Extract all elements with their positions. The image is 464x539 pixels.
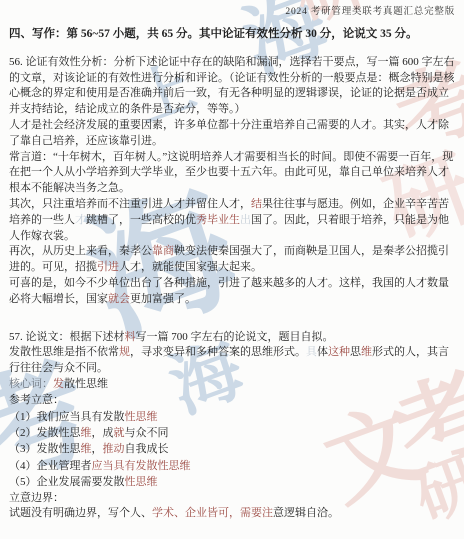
text-segment: 57. 论说文：根据下述材: [9, 331, 125, 343]
question-56-material: 人才是社会经济发展的重要因素，许多单位都十分注重培养自己需要的人才。其实，人才除…: [9, 118, 455, 308]
text-segment: 更加富强了。: [130, 293, 196, 305]
text-segment: 靠商: [152, 245, 174, 257]
text-segment: 料: [125, 331, 136, 343]
text-segment: 引进: [97, 261, 119, 273]
question-57-material: 发散性思维是指不依常规，寻求变异和多种答案的思维形式。具体这种思维形式的人，其言…: [9, 345, 455, 377]
text-segment: 具: [306, 346, 317, 358]
text-segment: 自我成长: [125, 443, 169, 455]
text-segment: （5）企业发展需要发散: [9, 476, 125, 488]
reference-points-heading: 参考立意：: [9, 393, 455, 409]
document-page: 海 上 海 海 考 研 考 研 考 文 研 2024 考研管理类联考真题汇总完整…: [0, 0, 464, 539]
material-paragraph-3: 其次，只注重培养而不注重引进人才并留住人才，结果往往事与愿违。例如，企业辛辛苦苦…: [9, 197, 455, 244]
reference-point-1: （1）我们应当具有发散性思维: [9, 409, 455, 425]
text-segment: 维: [81, 427, 92, 439]
text-segment: 试题没有明确边界，写个人、: [9, 507, 152, 519]
question-56-stem: 56. 论证有效性分析：分析下述论证中存在的缺陷和漏洞，选择若干要点，写一篇 6…: [9, 55, 455, 118]
text-segment: 规: [119, 346, 130, 358]
reference-point-5: （5）企业发展需要发散性思维: [9, 474, 455, 490]
text-segment: 意逻辑自洽。: [273, 507, 339, 519]
text-segment: 应当具有发散性思维: [92, 460, 191, 472]
text-segment: 发: [53, 378, 64, 390]
text-segment: 维: [81, 443, 92, 455]
text-segment: 人才是社会经济发展的重要因素，许多单位都十分注重培养自己需要的人才。其实，人才除…: [9, 119, 449, 147]
document-content: 2024 考研管理类联考真题汇总完整版 四、写作：第 56~57 小题，共 65…: [9, 6, 455, 522]
text-segment: ，寻求变异和多种答案的思维形式。: [130, 346, 306, 358]
text-segment: （1）我们应当具有发散: [9, 411, 125, 423]
text-segment: （4）企业管理者: [9, 460, 92, 472]
material-paragraph-5: 可喜的是，如今不少单位出台了各种措施，引进了越来越多的人才。这样，我国的人才数量…: [9, 276, 455, 308]
text-segment: 跳槽了，一些高校的优: [86, 214, 196, 226]
text-segment: 出: [240, 214, 251, 226]
text-segment: 就: [114, 427, 125, 439]
text-segment: 结: [251, 198, 262, 210]
text-segment: 维: [361, 346, 372, 358]
material-paragraph-4: 再次，从历史上来看，秦孝公靠商鞅变法使秦国强大了，而商鞅是卫国人，是秦孝公招揽引…: [9, 244, 455, 276]
material-paragraph-2: 常言道：“十年树木，百年树人。”这说明培养人才需要相当长的时间。即使不需要一百年…: [9, 150, 455, 197]
text-segment: 秀毕业生: [196, 214, 240, 226]
question-57-stem: 57. 论说文：根据下述材料写一篇 700 字左右的论说文，题目自拟。: [9, 330, 455, 346]
text-segment: 才: [75, 214, 86, 226]
core-word-line: 核心词：发散性思维: [9, 377, 455, 393]
material-paragraph-1: 人才是社会经济发展的重要因素，许多单位都十分注重培养自己需要的人才。其实，人才除…: [9, 118, 455, 150]
text-segment: 这种: [328, 346, 350, 358]
text-segment: 推动: [103, 443, 125, 455]
document-header: 2024 考研管理类联考真题汇总完整版: [9, 6, 455, 19]
text-segment: 性思维: [125, 411, 158, 423]
reference-point-2: （2）发散性思维，成就与众不同: [9, 425, 455, 441]
text-segment: 再次，从历史上来看，秦孝公: [9, 245, 152, 257]
text-segment: 思: [350, 346, 361, 358]
text-segment: 性思维: [125, 476, 158, 488]
text-segment: （2）发散性思: [9, 427, 81, 439]
text-segment: 常言道：“十年树木，百年树人。”这说明培养人才需要相当长的时间。即使不需要一百年…: [9, 151, 453, 195]
text-segment: 其次，只注重培养而不注重引进人才并留住人才，: [9, 198, 251, 210]
text-segment: 核心词：: [9, 378, 53, 390]
reference-point-3: （3）发散性思维，推动自我成长: [9, 441, 455, 457]
text-segment: ，成: [92, 427, 114, 439]
text-segment: 散性思维: [64, 378, 108, 390]
text-segment: 可喜的是，如今不少单位出台了各种措施，引进了越来越多的人才。这样，我国的人才数量…: [9, 277, 449, 305]
text-segment: 就会: [108, 293, 130, 305]
reference-point-4: （4）企业管理者应当具有发散性思维: [9, 458, 455, 474]
text-segment: 发散性思维是指不依常: [9, 346, 119, 358]
text-segment: 体: [317, 346, 328, 358]
text-segment: 学术、企业皆可，需要注: [152, 507, 273, 519]
text-segment: 与众不同: [125, 427, 169, 439]
boundary-heading: 立意边界：: [9, 491, 455, 507]
text-segment: 写一篇 700 字左右的论说文，题目自拟。: [136, 331, 334, 343]
text-segment: ，: [92, 443, 103, 455]
question-57-block: 57. 论说文：根据下述材料写一篇 700 字左右的论说文，题目自拟。 发散性思…: [9, 330, 455, 523]
boundary-note: 试题没有明确边界，写个人、学术、企业皆可，需要注意逻辑自洽。: [9, 506, 455, 522]
text-segment: 人才，就能使国家强大起来。: [119, 261, 262, 273]
reference-points-list: （1）我们应当具有发散性思维 （2）发散性思维，成就与众不同 （3）发散性思维，…: [9, 409, 455, 491]
text-segment: （3）发散性思: [9, 443, 81, 455]
section-heading: 四、写作：第 56~57 小题，共 65 分。其中论证有效性分析 30 分，论说…: [9, 27, 455, 43]
